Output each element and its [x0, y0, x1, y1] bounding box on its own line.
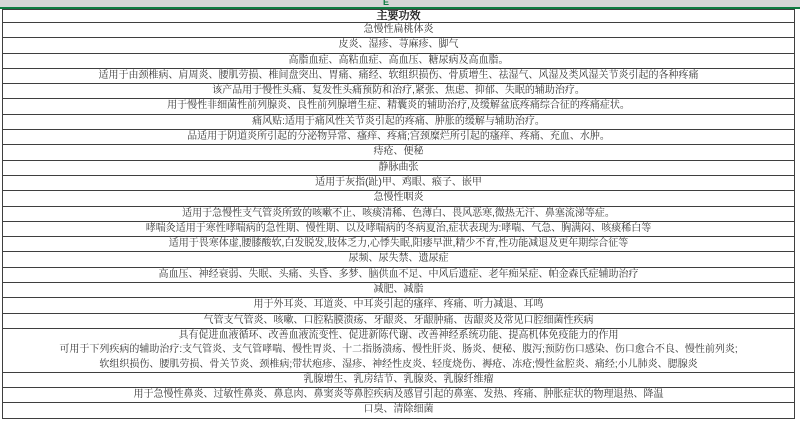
cell-text: 适用于由颈椎病、肩周炎、腰肌劳损、椎间盘突出、胃痛、痛经、软组织损伤、骨质增生、…	[5, 69, 792, 83]
column-letter-label[interactable]: E	[383, 0, 389, 7]
cell-text: 品适用于阴道炎所引起的分泌物异常、瘙痒、疼痛;宫颈糜烂所引起的瘙痒、疼痛、充血、…	[5, 130, 792, 144]
table-row[interactable]: 用于外耳炎、耳道炎、中耳炎引起的瘙痒、疼痛、听力减退、耳鸣	[3, 298, 794, 313]
table-row[interactable]: 品适用于阴道炎所引起的分泌物异常、瘙痒、疼痛;宫颈糜烂所引起的瘙痒、疼痛、充血、…	[3, 130, 794, 145]
cell-text: 用于慢性非细菌性前列腺炎、良性前列腺增生症、精囊炎的辅助治疗,及缓解盆底疼痛综合…	[5, 99, 792, 113]
table-row[interactable]: 皮炎、湿疹、荨麻疹、脚气	[3, 38, 794, 53]
cell-text: 急慢性咽炎	[5, 191, 792, 205]
table-row[interactable]: 适用于畏寒体虚,腰膝酸软,白发脱发,肢体乏力,心悸失眠,阳痿早泄,精少不育,性功…	[3, 237, 794, 252]
table-row[interactable]: 急慢性咽炎	[3, 191, 794, 206]
cell-text: 用于急慢性鼻炎、过敏性鼻炎、鼻息肉、鼻窦炎等鼻腔疾病及感冒引起的鼻塞、发热、疼痛…	[5, 388, 792, 402]
table-row[interactable]: 适用于灰指(趾)甲、鸡眼、瘊子、嵌甲	[3, 176, 794, 191]
table-row[interactable]: 哮喘灸适用于寒性哮喘病的急性期、慢性期、以及哮喘病的冬病夏治,症状表现为:哮喘、…	[3, 222, 794, 237]
cell-text: 减肥、减脂	[5, 283, 792, 297]
cell-text: 急慢性扁桃体炎	[5, 23, 792, 37]
cell-text: 可用于下列疾病的辅助治疗:支气管炎、支气管哮喘、慢性胃炎、十二指肠溃疡、慢性肝炎…	[5, 343, 792, 357]
table-row[interactable]: 适用于急慢性支气管炎所致的咳嗽不止、咳痰清稀、色薄白、畏风恶寒,微热无汗、鼻塞流…	[3, 207, 794, 222]
table-row[interactable]: 痛风贴:适用于痛风性关节炎引起的疼痛、肿胀的缓解与辅助治疗。	[3, 115, 794, 130]
table-header-row[interactable]: 主要功效	[3, 10, 794, 23]
cell-text: 痛风贴:适用于痛风性关节炎引起的疼痛、肿胀的缓解与辅助治疗。	[5, 115, 792, 129]
cell-text: 用于外耳炎、耳道炎、中耳炎引起的瘙痒、疼痛、听力减退、耳鸣	[5, 298, 792, 312]
spreadsheet-view: E 主要功效 急慢性扁桃体炎皮炎、湿疹、荨麻疹、脚气高脂血症、高粘血症、高血压、…	[0, 0, 800, 427]
effects-table: 主要功效 急慢性扁桃体炎皮炎、湿疹、荨麻疹、脚气高脂血症、高粘血症、高血压、糖尿…	[2, 9, 795, 419]
table-row[interactable]: 用于急慢性鼻炎、过敏性鼻炎、鼻息肉、鼻窦炎等鼻腔疾病及感冒引起的鼻塞、发热、疼痛…	[3, 388, 794, 403]
table-row[interactable]: 减肥、减脂	[3, 283, 794, 298]
cell-text: 高血压、神经衰弱、失眠、头痛、头昏、多梦、脑供血不足、中风后遗症、老年痴呆症、帕…	[5, 268, 792, 282]
cell-text: 适用于畏寒体虚,腰膝酸软,白发脱发,肢体乏力,心悸失眠,阳痿早泄,精少不育,性功…	[5, 237, 792, 251]
table-row[interactable]: 该产品用于慢性头痛、复发性头痛预防和治疗,紧张、焦虑、抑郁、失眠的辅助治疗。	[3, 84, 794, 99]
table-row[interactable]: 痔疮、便秘	[3, 145, 794, 160]
table-row[interactable]: 用于慢性非细菌性前列腺炎、良性前列腺增生症、精囊炎的辅助治疗,及缓解盆底疼痛综合…	[3, 99, 794, 114]
table-row[interactable]: 具有促进血液循环、改善血液流变性、促进新陈代谢、改善神经系统功能、提高机体免疫能…	[3, 329, 794, 373]
table-row[interactable]: 高脂血症、高粘血症、高血压、糖尿病及高血脂。	[3, 54, 794, 69]
table-row[interactable]: 尿频、尿失禁、遗尿症	[3, 252, 794, 267]
table-row[interactable]: 口臭、清除细菌	[3, 403, 794, 418]
cell-text: 痔疮、便秘	[5, 145, 792, 159]
cell-text: 软组织损伤、腰肌劳损、骨关节炎、颈椎病;带状疱疹、湿疹、神经性皮炎、轻度烧伤、褥…	[5, 358, 792, 372]
table-row[interactable]: 气管支气管炎、咳嗽、口腔粘膜溃疡、牙龈炎、牙龈肿痛、齿龈炎及常见口腔细菌性疾病	[3, 314, 794, 329]
cell-text: 适用于灰指(趾)甲、鸡眼、瘊子、嵌甲	[5, 176, 792, 190]
table-row[interactable]: 乳腺增生、乳房结节、乳腺炎、乳腺纤维瘤	[3, 373, 794, 388]
cell-text: 皮炎、湿疹、荨麻疹、脚气	[5, 38, 792, 52]
cell-text: 气管支气管炎、咳嗽、口腔粘膜溃疡、牙龈炎、牙龈肿痛、齿龈炎及常见口腔细菌性疾病	[5, 314, 792, 328]
column-header-bar[interactable]: E	[0, 0, 800, 9]
table-body: 急慢性扁桃体炎皮炎、湿疹、荨麻疹、脚气高脂血症、高粘血症、高血压、糖尿病及高血脂…	[3, 23, 794, 419]
cell-text: 该产品用于慢性头痛、复发性头痛预防和治疗,紧张、焦虑、抑郁、失眠的辅助治疗。	[5, 84, 792, 98]
cell-text: 乳腺增生、乳房结节、乳腺炎、乳腺纤维瘤	[5, 373, 792, 387]
table-row[interactable]: 适用于由颈椎病、肩周炎、腰肌劳损、椎间盘突出、胃痛、痛经、软组织损伤、骨质增生、…	[3, 69, 794, 84]
cell-text: 哮喘灸适用于寒性哮喘病的急性期、慢性期、以及哮喘病的冬病夏治,症状表现为:哮喘、…	[5, 222, 792, 236]
table-row[interactable]: 急慢性扁桃体炎	[3, 23, 794, 38]
cell-text: 适用于急慢性支气管炎所致的咳嗽不止、咳痰清稀、色薄白、畏风恶寒,微热无汗、鼻塞流…	[5, 207, 792, 221]
cell-text: 静脉曲张	[5, 161, 792, 175]
cell-text: 尿频、尿失禁、遗尿症	[5, 252, 792, 266]
table-row[interactable]: 高血压、神经衰弱、失眠、头痛、头昏、多梦、脑供血不足、中风后遗症、老年痴呆症、帕…	[3, 268, 794, 283]
table-header-label: 主要功效	[377, 10, 421, 22]
cell-text: 口臭、清除细菌	[5, 403, 792, 417]
cell-text: 高脂血症、高粘血症、高血压、糖尿病及高血脂。	[5, 54, 792, 68]
table-row[interactable]: 静脉曲张	[3, 161, 794, 176]
cell-text: 具有促进血液循环、改善血液流变性、促进新陈代谢、改善神经系统功能、提高机体免疫能…	[5, 329, 792, 343]
